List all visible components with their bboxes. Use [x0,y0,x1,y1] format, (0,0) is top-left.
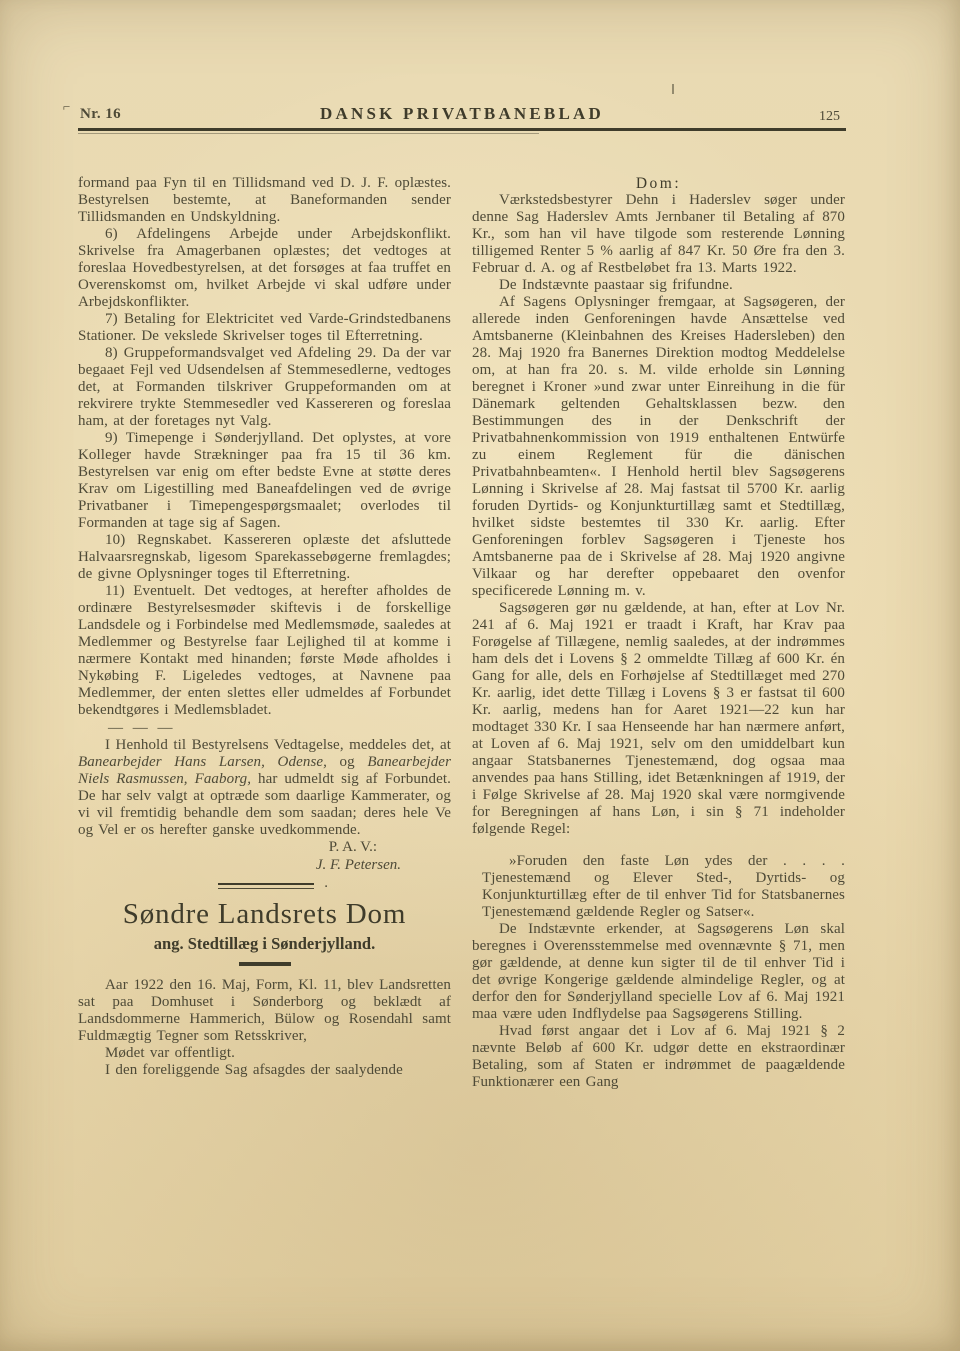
text-run: Sagsøgeren gør nu gældende, at han, efte… [472,600,845,837]
left-column: formand paa Fyn til en Tillidsmand ved D… [78,175,451,1091]
masthead: ⌐ Nr. 16 DANSK PRIVATBANEBLAD 125 [78,98,846,128]
text-run: 7) Betaling for Elektricitet ved Varde-G… [78,311,451,344]
text-run: Værkstedsbestyrer Dehn i Haderslev søger… [472,192,845,276]
paragraph-item-7: 7) Betaling for Elektricitet ved Varde-G… [78,311,451,345]
scanned-journal-page: ⌐ Nr. 16 DANSK PRIVATBANEBLAD 125 forman… [0,0,960,1351]
subheading-rule [239,962,291,966]
paragraph-dom-6: Hvad først angaar det i Lov af 6. Maj 19… [472,1023,845,1091]
paragraph-citat-71: »Foruden den faste Løn ydes der . . . . … [472,853,845,921]
divider-dot: . [324,875,328,892]
dom-heading: Dom: [472,175,845,192]
paragraph-dom-5: De Indstævnte erkender, at Sagsøgerens L… [472,921,845,1023]
paragraph-landsret-intro: Aar 1922 den 16. Maj, Form, Kl. 11, blev… [78,977,451,1045]
paragraph-afsagdes: I den foreliggende Sag afsagdes der saal… [78,1062,451,1079]
text-run: ang. Stedtillæg i Sønderjylland. [154,934,375,953]
text-run: Hvad først angaar det i Lov af 6. Maj 19… [472,1023,845,1090]
text-run: — — — [108,720,176,736]
page-number: 125 [819,109,840,125]
text-run: De Indstævnte erkender, at Sagsøgerens L… [472,921,845,1022]
text-run: Mødet var offentligt. [105,1045,235,1061]
text-run: »Foruden den faste Løn ydes der . . . . … [482,853,845,920]
text-run: I den foreliggende Sag afsagdes der saal… [105,1062,403,1078]
text-run: De Indstævnte paastaar sig frifundne. [499,277,733,293]
masthead-rule-echo [78,133,539,134]
text-run: og [327,754,367,770]
text-run: 9) Timepenge i Sønderjylland. Det oplyst… [78,430,451,531]
paragraph-continuation: formand paa Fyn til en Tillidsmand ved D… [78,175,451,226]
text-run: 6) Afdelingens Arbejde under Arbejdskonf… [78,226,451,310]
scan-artifact-mark [672,84,674,94]
paragraph-item-10: 10) Regnskabet. Kassereren oplæste det a… [78,532,451,583]
section-dashes: — — — [78,719,451,737]
text-run: 10) Regnskabet. Kassereren oplæste det a… [78,532,451,582]
section-subheading: ang. Stedtillæg i Sønderjylland. [78,934,451,954]
paragraph-udmeldelse: I Henhold til Bestyrelsens Vedtagelse, m… [78,737,451,839]
paragraph-dom-3: Af Sagens Oplysninger fremgaar, at Sagsø… [472,294,845,600]
signature-name: J. F. Petersen. [78,856,451,874]
paragraph-item-9: 9) Timepenge i Sønderjylland. Det oplyst… [78,430,451,532]
section-divider: . [218,883,314,889]
paragraph-dom-4: Sagsøgeren gør nu gældende, at han, efte… [472,600,845,838]
paragraph-item-6: 6) Afdelingens Arbejde under Arbejdskonf… [78,226,451,311]
right-column: Dom:Værkstedsbestyrer Dehn i Haderslev s… [472,175,845,1091]
paragraph-item-11: 11) Eventuelt. Det vedtoges, at herefter… [78,583,451,719]
text-run: 11) Eventuelt. Det vedtoges, at herefter… [78,583,451,718]
text-columns: formand paa Fyn til en Tillidsmand ved D… [78,175,846,1091]
text-run: 8) Gruppeformandsvalget ved Afdeling 29.… [78,345,451,429]
corner-mark: ⌐ [63,99,70,115]
journal-title: DANSK PRIVATBANEBLAD [78,104,846,124]
section-heading: Søndre Landsrets Dom [78,898,451,931]
italic-text-run: Banearbejder Hans Larsen, Odense, [78,754,327,770]
signature-pav: P. A. V.: [78,839,451,856]
paragraph-offentligt: Mødet var offentligt. [78,1045,451,1062]
text-run: formand paa Fyn til en Tillidsmand ved D… [78,175,451,225]
text-run: J. F. Petersen. [316,857,401,873]
page-content: ⌐ Nr. 16 DANSK PRIVATBANEBLAD 125 forman… [78,98,846,1091]
text-run: P. A. V.: [329,839,377,855]
text-run: I Henhold til Bestyrelsens Vedtagelse, m… [105,737,451,753]
text-run: Aar 1922 den 16. Maj, Form, Kl. 11, blev… [78,977,451,1044]
paragraph-dom-2: De Indstævnte paastaar sig frifundne. [472,277,845,294]
text-run: Søndre Landsrets Dom [123,898,406,930]
masthead-rule [78,128,846,131]
paragraph-dom-1: Værkstedsbestyrer Dehn i Haderslev søger… [472,192,845,277]
text-run: Af Sagens Oplysninger fremgaar, at Sagsø… [472,294,845,599]
paragraph-item-8: 8) Gruppeformandsvalget ved Afdeling 29.… [78,345,451,430]
text-run: Dom: [636,175,681,192]
